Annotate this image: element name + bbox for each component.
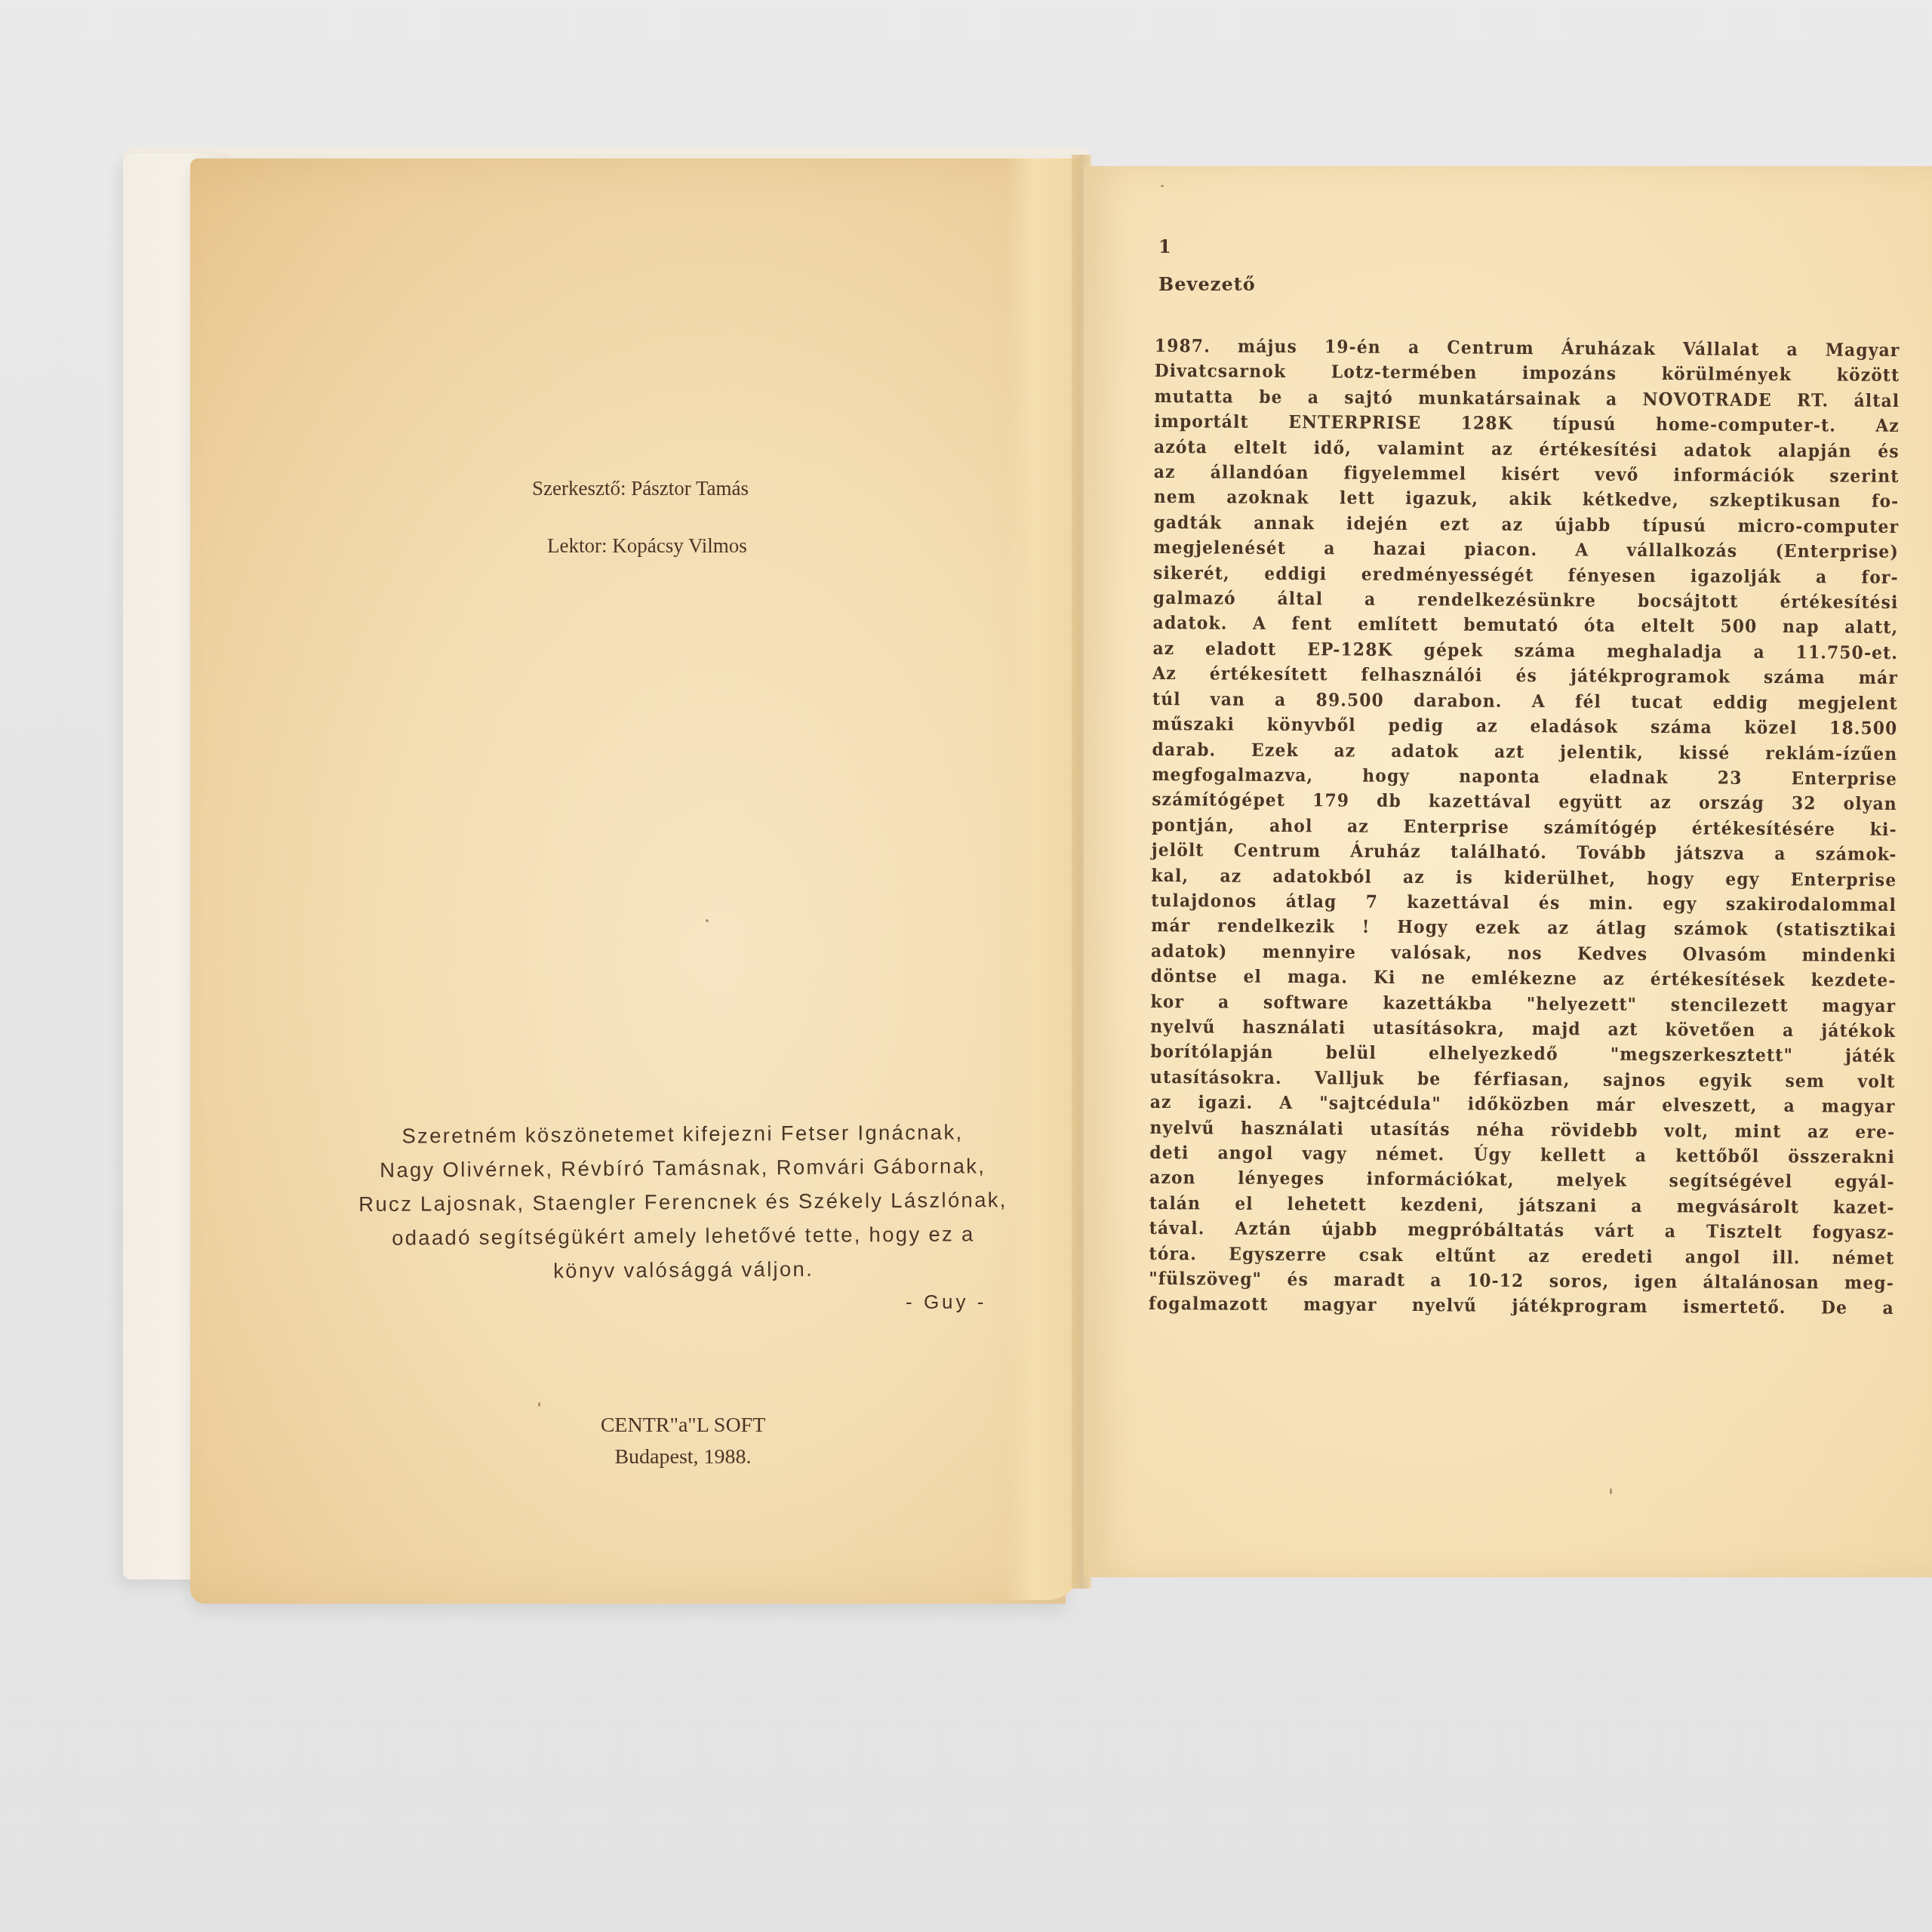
chapter-number: 1 — [1158, 235, 1171, 257]
paper-speck — [1161, 185, 1164, 187]
publisher-place-year: Budapest, 1988. — [589, 1441, 777, 1473]
editor-credit: Szerkesztő: Pásztor Tamás — [532, 477, 749, 500]
body-line: fogalmazott magyar nyelvű játékprogram i… — [1149, 1291, 1894, 1321]
signature: - Guy - — [906, 1291, 986, 1314]
lector-credit: Lektor: Kopácsy Vilmos — [547, 534, 747, 558]
acknowledgement: Szeretném köszönetemet kifejezni Fetser … — [320, 1115, 1046, 1290]
paper-speck — [1610, 1488, 1612, 1494]
acknowledgement-line: Nagy Olivérnek, Révbíró Tamásnak, Romvár… — [321, 1149, 1045, 1188]
acknowledgement-line: könyv valósággá váljon. — [321, 1251, 1045, 1290]
publisher-name: CENTR"a"L SOFT — [589, 1410, 777, 1441]
chapter-title: Bevezető — [1158, 273, 1256, 295]
acknowledgement-line: Szeretném köszönetemet kifejezni Fetser … — [320, 1115, 1044, 1154]
book-photo: Szerkesztő: Pásztor Tamás Lektor: Kopács… — [0, 0, 1932, 1932]
acknowledgement-line: Rucz Lajosnak, Staengler Ferencnek és Sz… — [321, 1183, 1045, 1222]
chapter-body: 1987. május 19-én a Centrum Áruházak Vál… — [1149, 334, 1894, 1321]
paper-speck — [706, 919, 709, 922]
publisher-block: CENTR"a"L SOFT Budapest, 1988. — [589, 1410, 777, 1473]
acknowledgement-line: odaadó segítségükért amely lehetővé tett… — [321, 1217, 1045, 1256]
left-page — [190, 158, 1066, 1604]
paper-speck — [538, 1402, 540, 1407]
left-page-curl — [1004, 158, 1079, 1600]
